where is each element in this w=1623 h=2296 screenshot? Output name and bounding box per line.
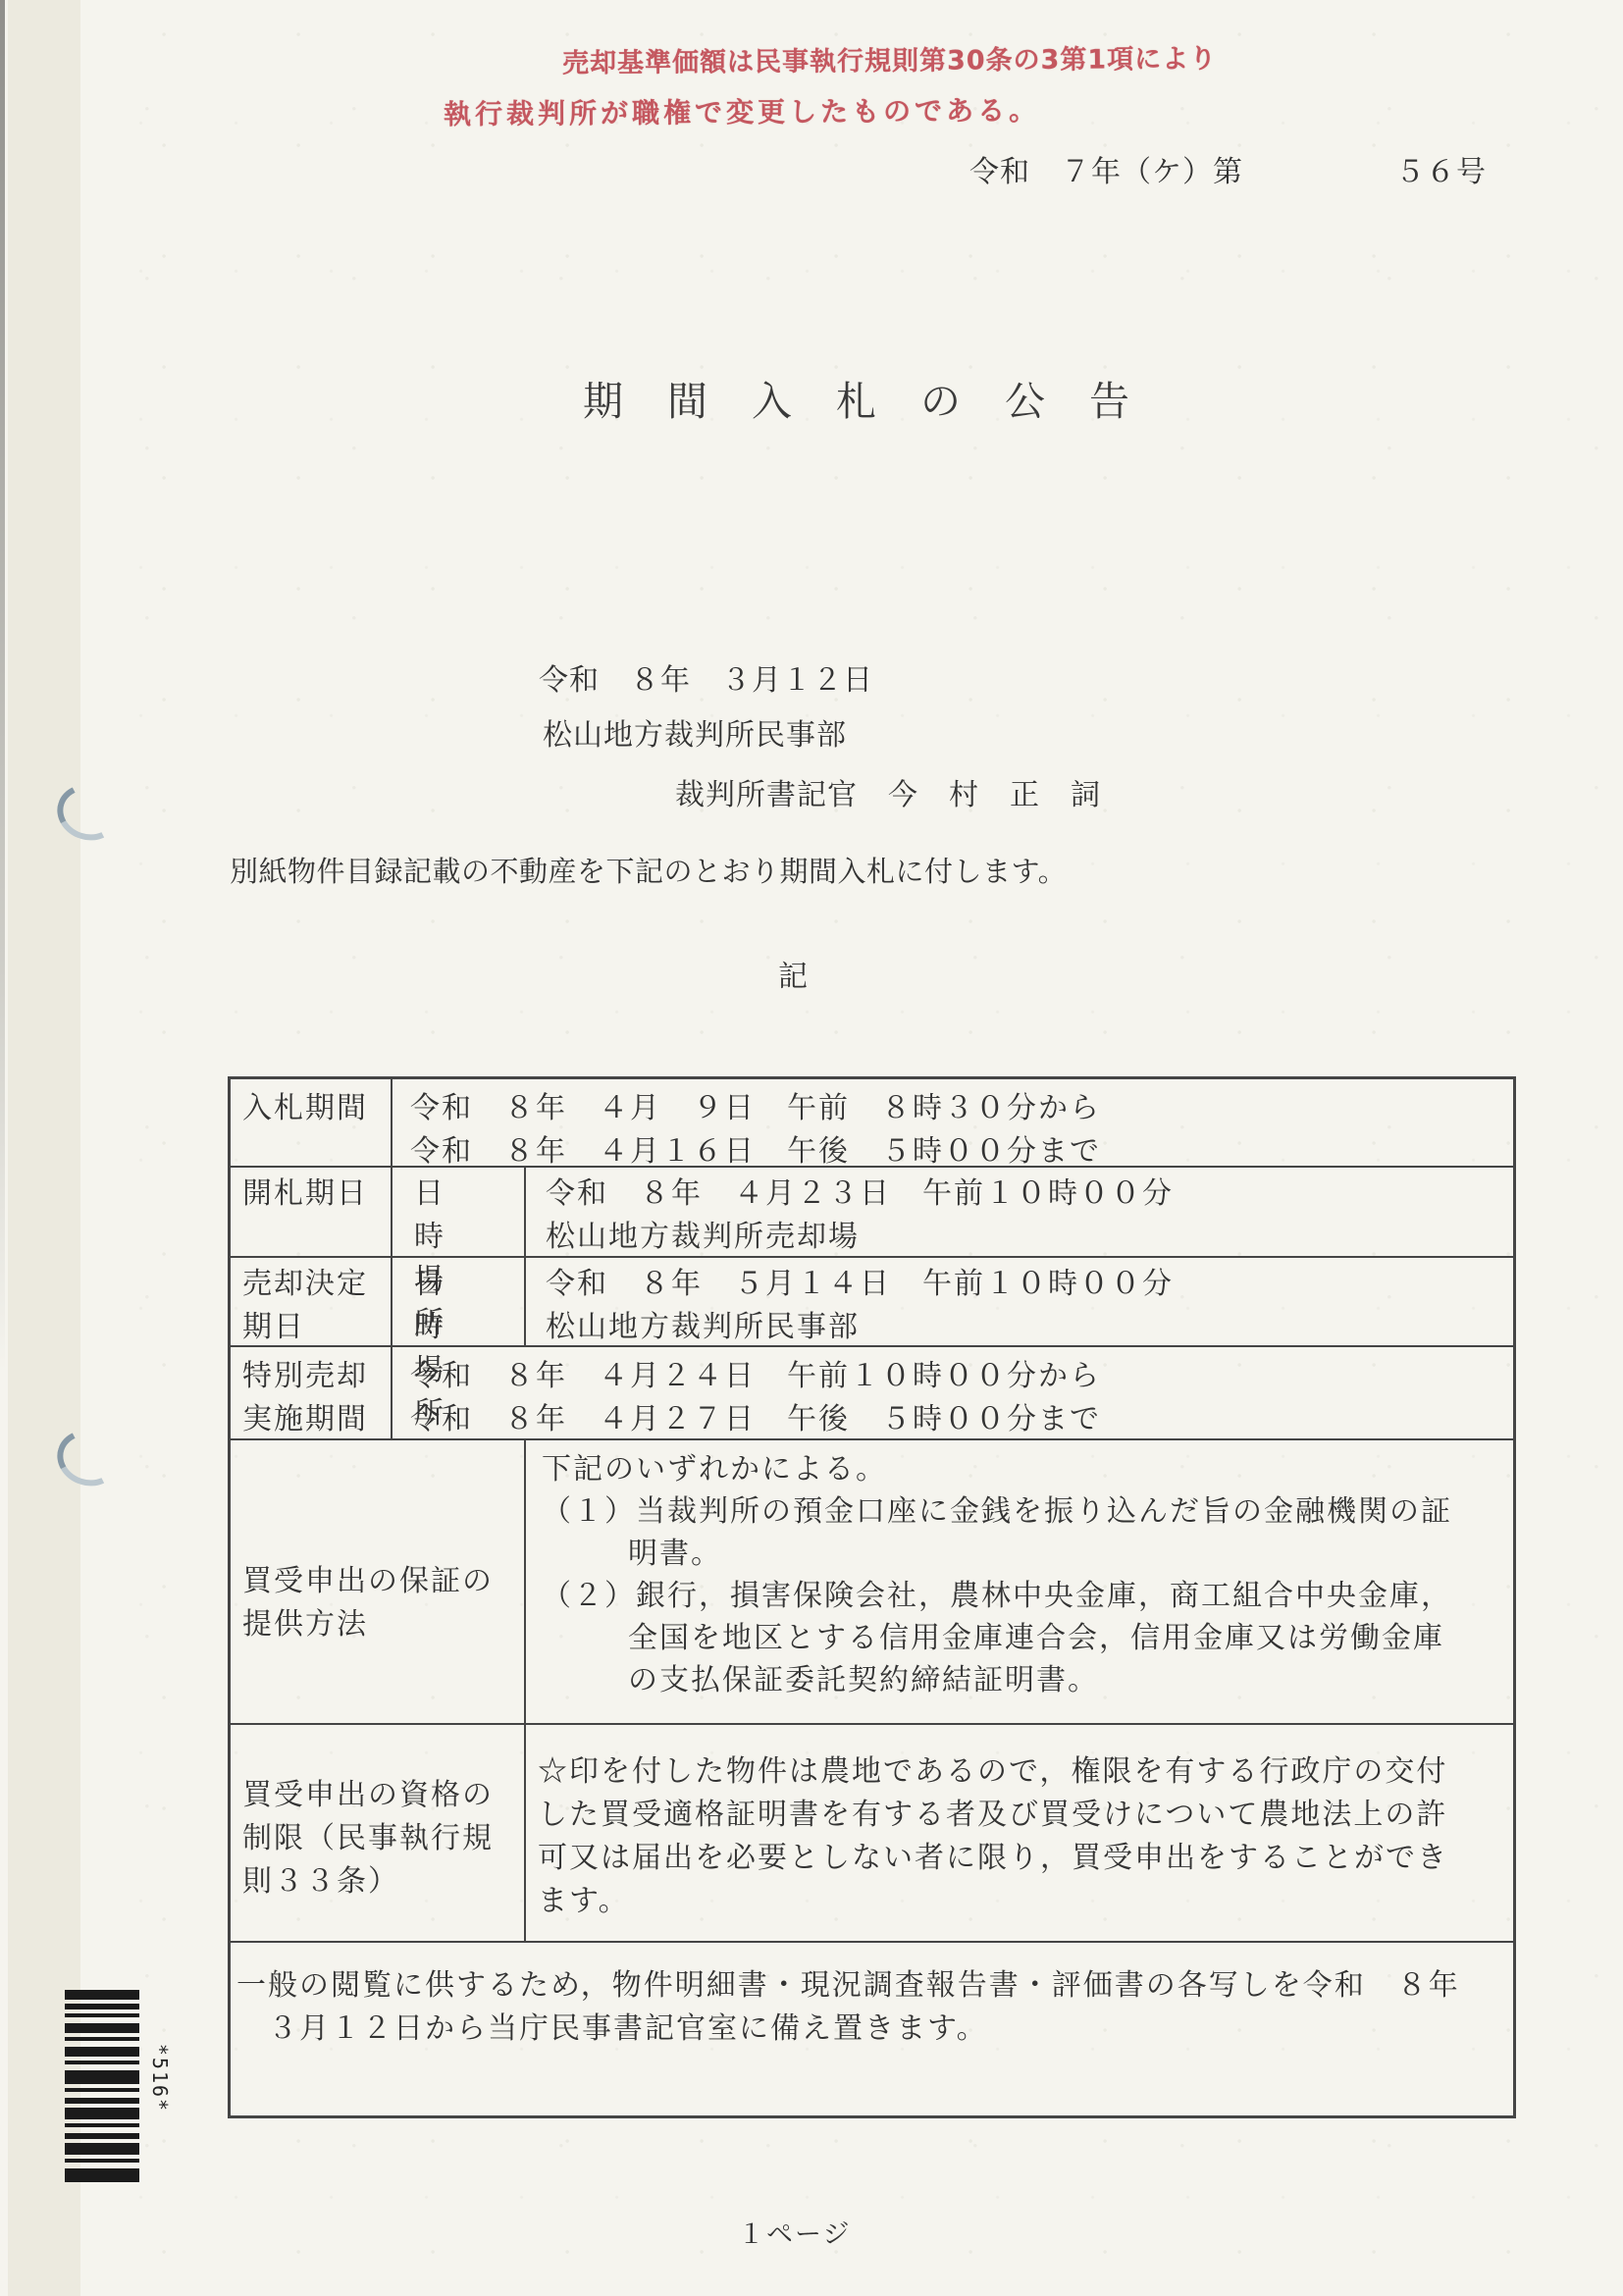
- row-value: 令和 ８年 ４月 ９日 午前 ８時３０分から 令和 ８年 ４月１６日 午後 ５時…: [393, 1079, 1513, 1166]
- row-value: 下記のいずれかによる。 （１）当裁判所の預金口座に金銭を振り込んだ旨の金融機関の…: [526, 1440, 1513, 1723]
- court-name: 松山地方裁判所民事部: [543, 710, 847, 754]
- sub-labels: 日 時 場 所: [393, 1168, 526, 1256]
- row-label: 特別売却 実施期間: [231, 1347, 393, 1438]
- barcode-text: *516*: [148, 2034, 172, 2122]
- row-value: 令和 ８年 ４月２３日 午前１０時００分 松山地方裁判所売却場: [526, 1168, 1513, 1256]
- sub-labels: 日 時 場 所: [393, 1258, 526, 1345]
- row-label: 開札期日: [231, 1168, 393, 1256]
- red-stamp-line1: 売却基準価額は民事執行規則第30条の3第1項により: [562, 37, 1217, 80]
- row-label: 買受申出の保証の 提供方法: [231, 1440, 526, 1723]
- row-label: 売却決定 期日: [231, 1258, 393, 1345]
- decision-place: 松山地方裁判所民事部: [546, 1306, 1505, 1349]
- table-row-qualification-limit: 買受申出の資格の 制限（民事執行規 則３３条） ☆印を付した物件は農地であるので…: [231, 1725, 1513, 1943]
- guarantee-item2-line3: の支払保証委託契約締結証明書。: [542, 1659, 1505, 1701]
- ki-label: 記: [778, 952, 808, 995]
- document-page: 売却基準価額は民事執行規則第30条の3第1項により 執行裁判所が職権で変更したも…: [0, 0, 1623, 2296]
- issue-date: 令和 ８年 ３月１２日: [539, 655, 873, 699]
- row-value: 一般の閲覧に供するため，物件明細書・現況調査報告書・評価書の各写しを令和 ８年 …: [231, 1943, 1513, 2115]
- case-number: 令和 ７年（ケ）第 ５６号: [969, 147, 1487, 190]
- row-label: 買受申出の資格の 制限（民事執行規 則３３条）: [231, 1725, 526, 1941]
- row-value: ☆印を付した物件は農地であるので，権限を有する行政庁の交付 した買受適格証明書を…: [526, 1725, 1513, 1941]
- intro-text: 別紙物件目録記載の不動産を下記のとおり期間入札に付します。: [230, 850, 1067, 890]
- guarantee-item1-line2: 明書。: [542, 1533, 1505, 1575]
- paper-binding-strip: [8, 0, 80, 2296]
- opening-place: 松山地方裁判所売却場: [546, 1216, 1505, 1259]
- barcode: *516*: [65, 1990, 139, 2182]
- row-value: 令和 ８年 ５月１４日 午前１０時００分 松山地方裁判所民事部: [526, 1258, 1513, 1345]
- table-row-public-inspection: 一般の閲覧に供するため，物件明細書・現況調査報告書・評価書の各写しを令和 ８年 …: [231, 1943, 1513, 2115]
- table-row-special-sale: 特別売却 実施期間 令和 ８年 ４月２４日 午前１０時００分から 令和 ８年 ４…: [231, 1347, 1513, 1440]
- guarantee-item2-line1: （２）銀行，損害保険会社，農林中央金庫，商工組合中央金庫，: [542, 1575, 1505, 1617]
- table-row-bid-period: 入札期間 令和 ８年 ４月 ９日 午前 ８時３０分から 令和 ８年 ４月１６日 …: [231, 1079, 1513, 1168]
- table-row-sale-decision: 売却決定 期日 日 時 場 所 令和 ８年 ５月１４日 午前１０時００分 松山地…: [231, 1258, 1513, 1347]
- opening-datetime: 令和 ８年 ４月２３日 午前１０時００分: [546, 1173, 1505, 1216]
- clerk-name: 裁判所書記官 今 村 正 詞: [675, 770, 1101, 813]
- scan-edge-artifact: [0, 0, 5, 1374]
- row-label: 入札期間: [231, 1079, 393, 1166]
- red-stamp-line2: 執行裁判所が職権で変更したものである。: [444, 89, 1040, 132]
- barcode-bars: [65, 1990, 139, 2182]
- guarantee-item2-line2: 全国を地区とする信用金庫連合会，信用金庫又は労働金庫: [542, 1617, 1505, 1659]
- auction-table: 入札期間 令和 ８年 ４月 ９日 午前 ８時３０分から 令和 ８年 ４月１６日 …: [228, 1076, 1516, 2118]
- page-number: １ページ: [738, 2213, 851, 2251]
- sub-label-datetime: 日 時: [414, 1173, 506, 1259]
- table-row-opening-date: 開札期日 日 時 場 所 令和 ８年 ４月２３日 午前１０時００分 松山地方裁判…: [231, 1168, 1513, 1258]
- page-title: 期 間 入 札 の 公 告: [583, 369, 1131, 427]
- guarantee-line: 下記のいずれかによる。: [542, 1448, 1505, 1490]
- decision-datetime: 令和 ８年 ５月１４日 午前１０時００分: [546, 1263, 1505, 1306]
- table-row-guarantee-method: 買受申出の保証の 提供方法 下記のいずれかによる。 （１）当裁判所の預金口座に金…: [231, 1440, 1513, 1725]
- sub-label-datetime: 日 時: [414, 1263, 506, 1349]
- guarantee-item1-line1: （１）当裁判所の預金口座に金銭を振り込んだ旨の金融機関の証: [542, 1490, 1505, 1533]
- row-value: 令和 ８年 ４月２４日 午前１０時００分から 令和 ８年 ４月２７日 午後 ５時…: [393, 1347, 1513, 1438]
